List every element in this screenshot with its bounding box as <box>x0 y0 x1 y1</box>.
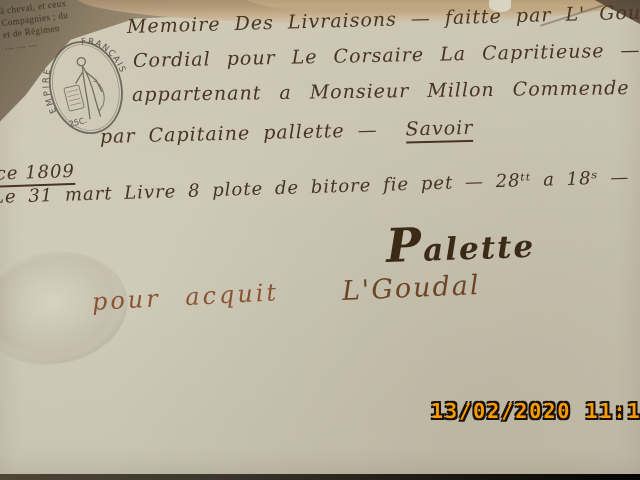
manuscript-line-owner: appartenant a Monsieur Millon Commende <box>132 77 630 106</box>
stamp-text-empire: EMPIRE <box>36 64 65 116</box>
manuscript-line-entry: Le 31 mart Livre 8 plote de bitore fie p… <box>0 166 640 208</box>
stamp-shield-icon <box>64 85 85 112</box>
manuscript-line-year: ace 1809 <box>0 161 75 185</box>
photo-of-manuscript: à cheval, et ceux Compagnies ; du et de … <box>0 0 640 480</box>
savoir-underlined: Savoir <box>405 117 473 144</box>
stamp-value: 25C. <box>68 115 88 129</box>
manuscript-line-corsaire: Cordial pour Le Corsaire La Capritieuse … <box>133 39 640 72</box>
manuscript-line-captain: par Capitaine pallette —Savoir <box>100 117 474 148</box>
stamp-figure-icon <box>70 54 109 120</box>
table-edge-strip <box>0 474 640 480</box>
signature-goudal: L'Goudal <box>341 270 481 307</box>
camera-timestamp: 13/02/2020 11:11 <box>431 399 640 423</box>
signature-palette: Palette <box>385 213 536 273</box>
svg-text:EMPIRE: EMPIRE <box>36 64 65 116</box>
